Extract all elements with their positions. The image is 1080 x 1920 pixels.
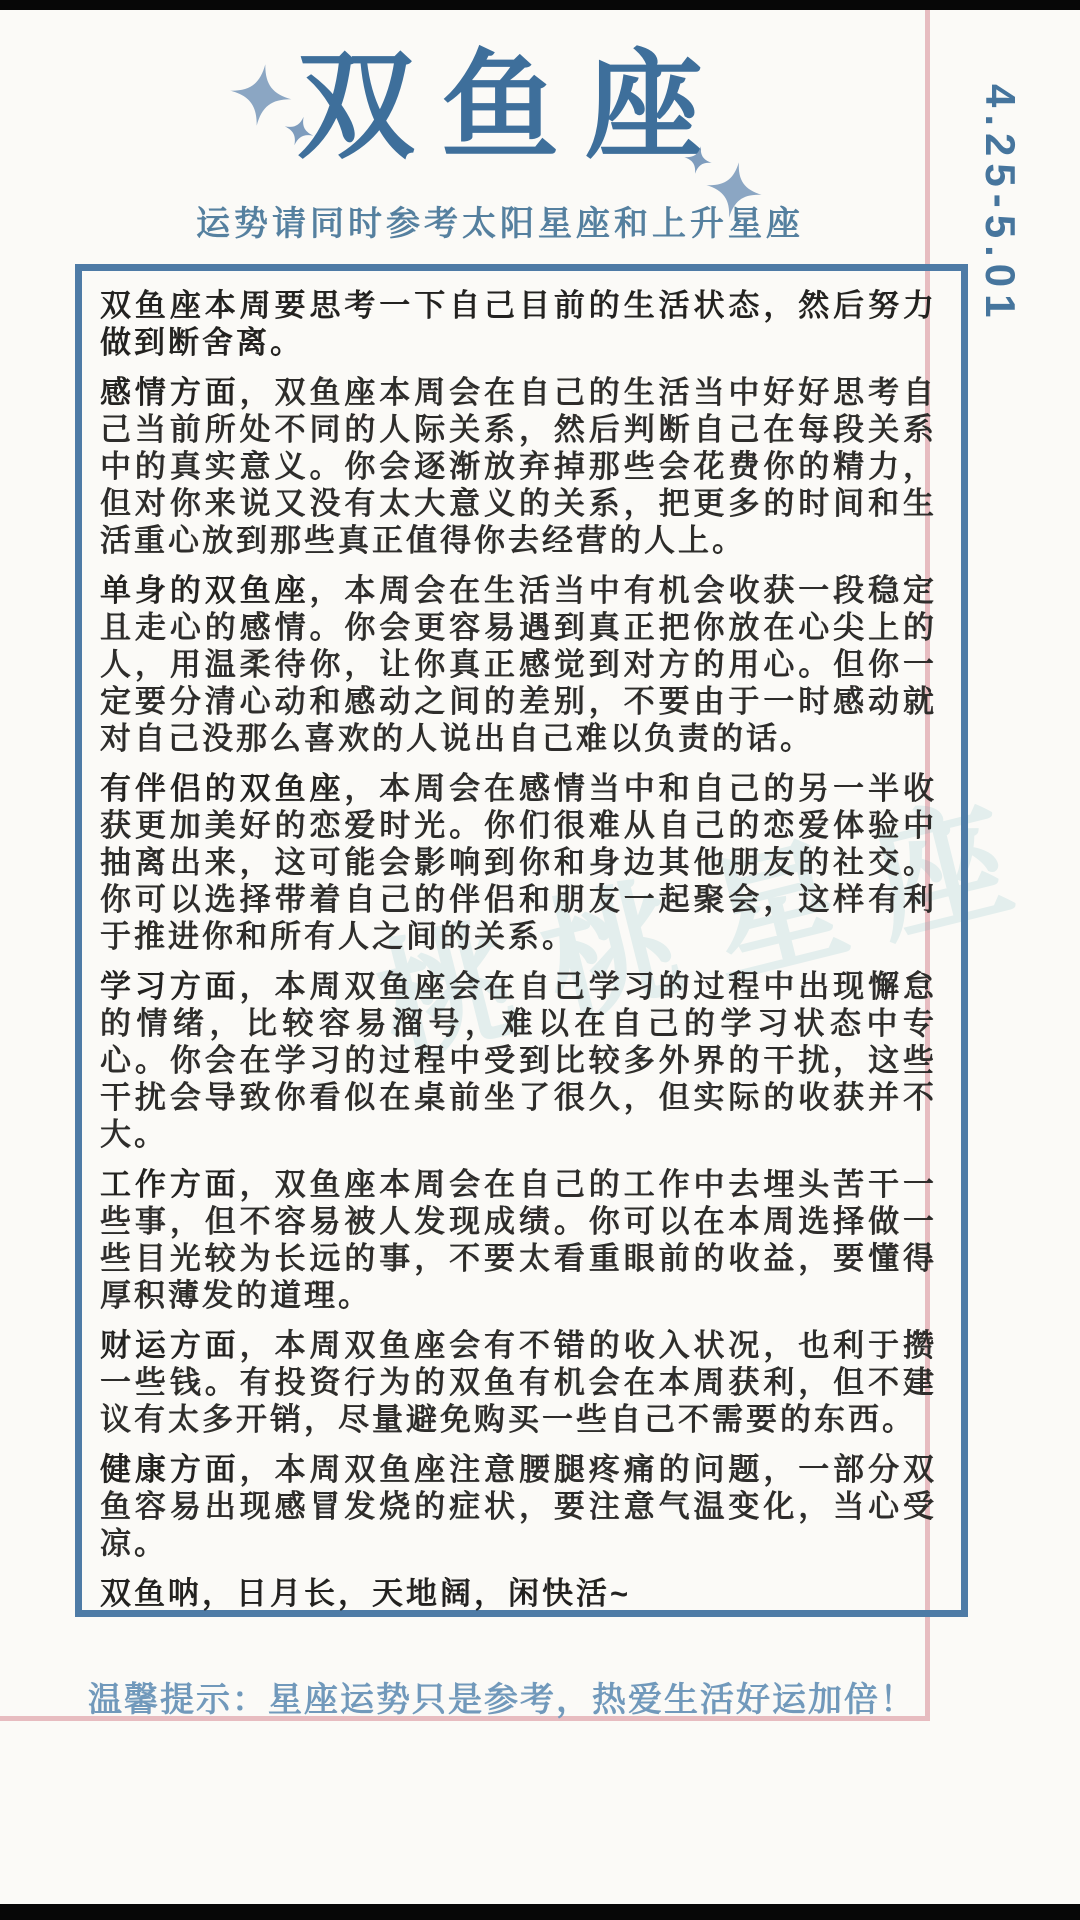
section-paragraph: 感情方面，双鱼座本周会在自己的生活当中好好思考自己当前所处不同的人际关系，然后判…	[100, 374, 937, 559]
bottom-letterbox-bar	[0, 1904, 1080, 1920]
section-paragraph: 健康方面，本周双鱼座注意腰腿疼痛的问题，一部分双鱼容易出现感冒发烧的症状，要注意…	[100, 1451, 937, 1562]
paragraph-list: 感情方面，双鱼座本周会在自己的生活当中好好思考自己当前所处不同的人际关系，然后判…	[100, 374, 937, 1562]
section-lead: 单身的双鱼座	[100, 573, 309, 608]
section-paragraph: 学习方面，本周双鱼座会在自己学习的过程中出现懈怠的情绪，比较容易溜号，难以在自己…	[100, 968, 937, 1153]
section-paragraph: 工作方面，双鱼座本周会在自己的工作中去埋头苦干一些事，但不容易被人发现成绩。你可…	[100, 1166, 937, 1314]
section-lead: 健康方面	[100, 1452, 240, 1487]
section-lead: 财运方面	[100, 1328, 240, 1363]
header: 双鱼座	[0, 40, 1000, 176]
sparkle-icon	[226, 60, 296, 130]
section-paragraph: 单身的双鱼座，本周会在生活当中有机会收获一段稳定且走心的感情。你会更容易遇到真正…	[100, 572, 937, 757]
section-lead: 有伴侣的双鱼座	[100, 771, 344, 806]
footer-tip: 温馨提示：星座运势只是参考，热爱生活好运加倍！	[0, 1672, 916, 1721]
intro-paragraph: 双鱼座本周要思考一下自己目前的生活状态，然后努力做到断舍离。	[100, 287, 937, 361]
horoscope-article-box: 双鱼座本周要思考一下自己目前的生活状态，然后努力做到断舍离。 感情方面，双鱼座本…	[75, 264, 968, 1617]
page-title: 双鱼座	[26, 40, 1000, 176]
section-lead: 感情方面	[100, 375, 240, 410]
outro-paragraph: 双鱼呐，日月长，天地阔，闲快活~	[100, 1575, 937, 1612]
section-paragraph: 财运方面，本周双鱼座会有不错的收入状况，也利于攒一些钱。有投资行为的双鱼有机会在…	[100, 1327, 937, 1438]
top-letterbox-bar	[0, 0, 1080, 10]
section-lead: 工作方面	[100, 1167, 240, 1202]
page-subtitle: 运势请同时参考太阳星座和上升星座	[0, 196, 1000, 245]
section-paragraph: 有伴侣的双鱼座，本周会在感情当中和自己的另一半收获更加美好的恋爱时光。你们很难从…	[100, 770, 937, 955]
sparkle-icon	[702, 158, 767, 223]
section-lead: 学习方面	[100, 969, 240, 1004]
date-range: 4.25-5.01	[976, 84, 1024, 324]
